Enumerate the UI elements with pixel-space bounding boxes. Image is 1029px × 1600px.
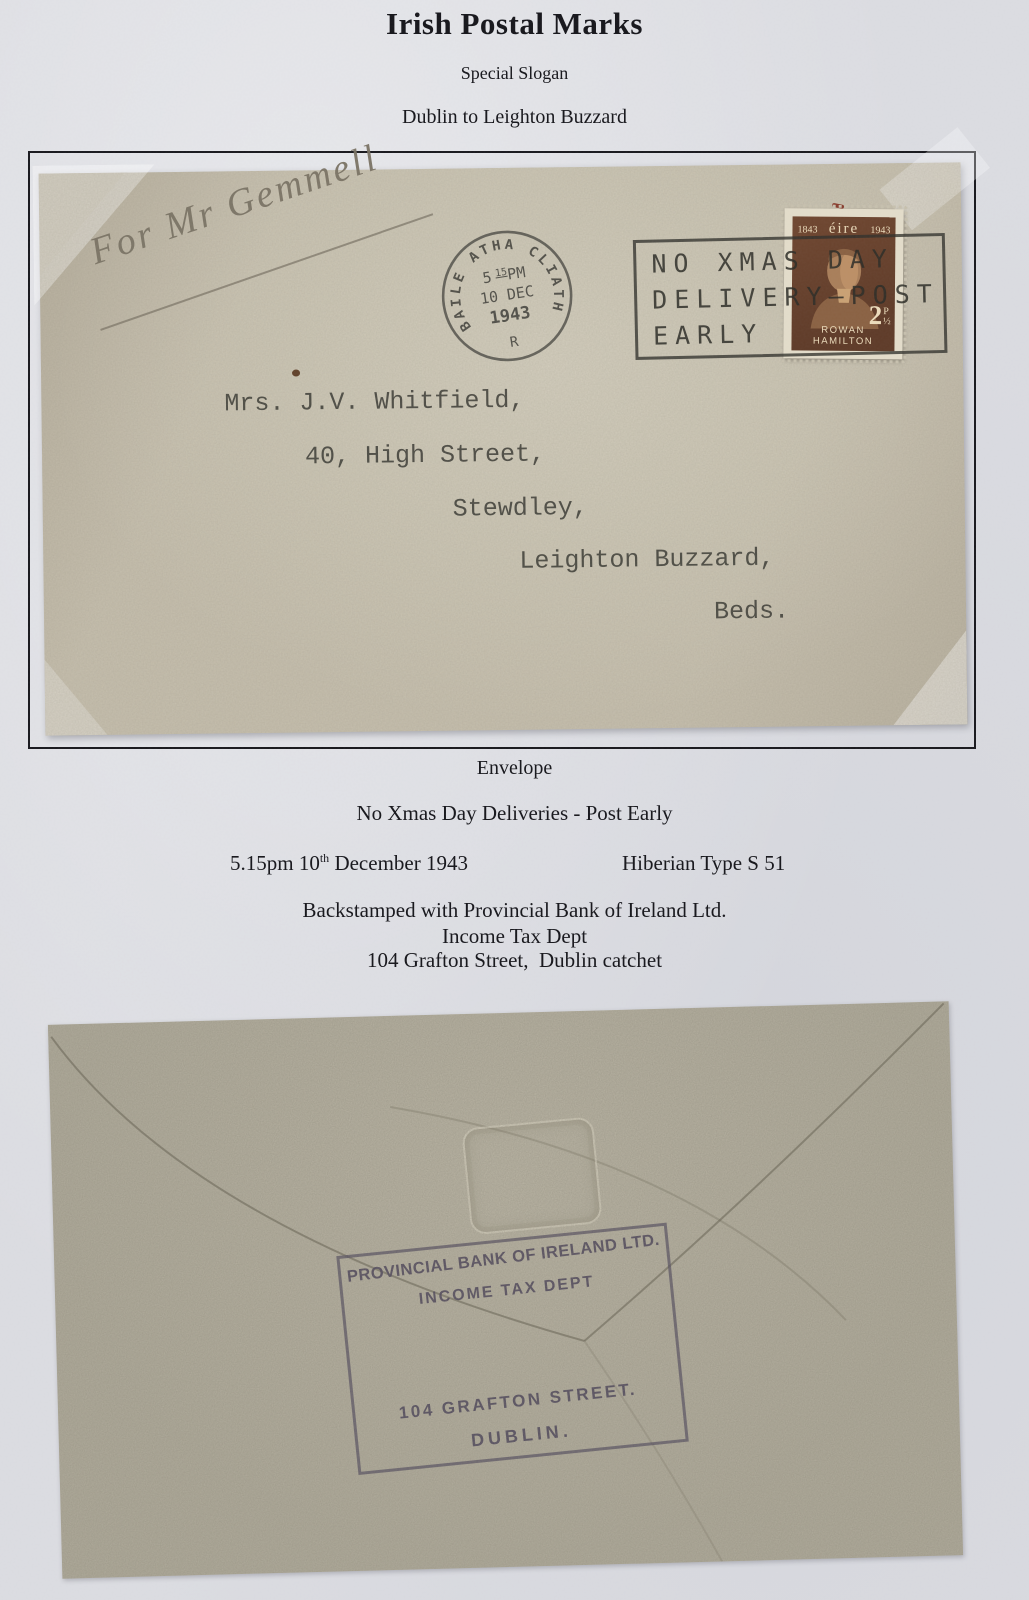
slogan-line-1: NO XMAS DAY [651, 243, 943, 279]
slogan-line-2: DELIVERY—POST [652, 279, 944, 315]
caption-backstamp-1: Backstamped with Provincial Bank of Irel… [0, 898, 1029, 923]
embossed-seal [461, 1116, 603, 1235]
stamp-year-left: 1843 [797, 224, 817, 235]
page-route: Dublin to Leighton Buzzard [0, 106, 1029, 129]
page-title: Irish Postal Marks [0, 6, 1029, 42]
address-line: Mrs. J.V. Whitfield, [224, 386, 524, 419]
slogan-cancel-box: NO XMAS DAY DELIVERY—POST EARLY [633, 233, 948, 360]
paper-speck [292, 369, 300, 376]
envelope-front-frame: For Mr Gemmell BAILE ATHA CLIATH 515PM 1… [28, 151, 976, 749]
caption-type-ref: Hiberian Type S 51 [622, 851, 785, 876]
caption-slogan-text: No Xmas Day Deliveries - Post Early [0, 801, 1029, 826]
baile-atha-cliath-postmark: BAILE ATHA CLIATH 515PM 10 DEC 1943 R [426, 215, 588, 377]
album-page: Irish Postal Marks Special Slogan Dublin… [0, 0, 1029, 1600]
postmark-index-letter: R [509, 334, 520, 351]
caption-datetime: 5.15pm 10th December 1943 [230, 851, 468, 876]
address-line: Leighton Buzzard, [519, 544, 774, 576]
envelope-front-photo: For Mr Gemmell BAILE ATHA CLIATH 515PM 1… [39, 162, 968, 735]
address-line: Beds. [714, 597, 789, 627]
caption-backstamp-3: 104 Grafton Street, Dublin catchet [0, 948, 1029, 973]
caption-backstamp-2: Income Tax Dept [0, 924, 1029, 949]
page-subtitle: Special Slogan [0, 63, 1029, 84]
slogan-line-3: EARLY [653, 315, 945, 351]
address-line: Stewdley, [453, 493, 588, 524]
mounting-tape-bottom-left [45, 659, 108, 736]
postmark-year: 1943 [488, 303, 532, 329]
caption-envelope: Envelope [0, 757, 1029, 780]
envelope-back-photo: PROVINCIAL BANK OF IRELAND LTD. INCOME T… [48, 1001, 963, 1578]
pencil-handwriting: For Mr Gemmell [85, 135, 385, 273]
address-line: 40, High Street, [305, 439, 545, 471]
mounting-tape-bottom-right [892, 630, 967, 725]
provincial-bank-backstamp: PROVINCIAL BANK OF IRELAND LTD. INCOME T… [336, 1223, 689, 1475]
